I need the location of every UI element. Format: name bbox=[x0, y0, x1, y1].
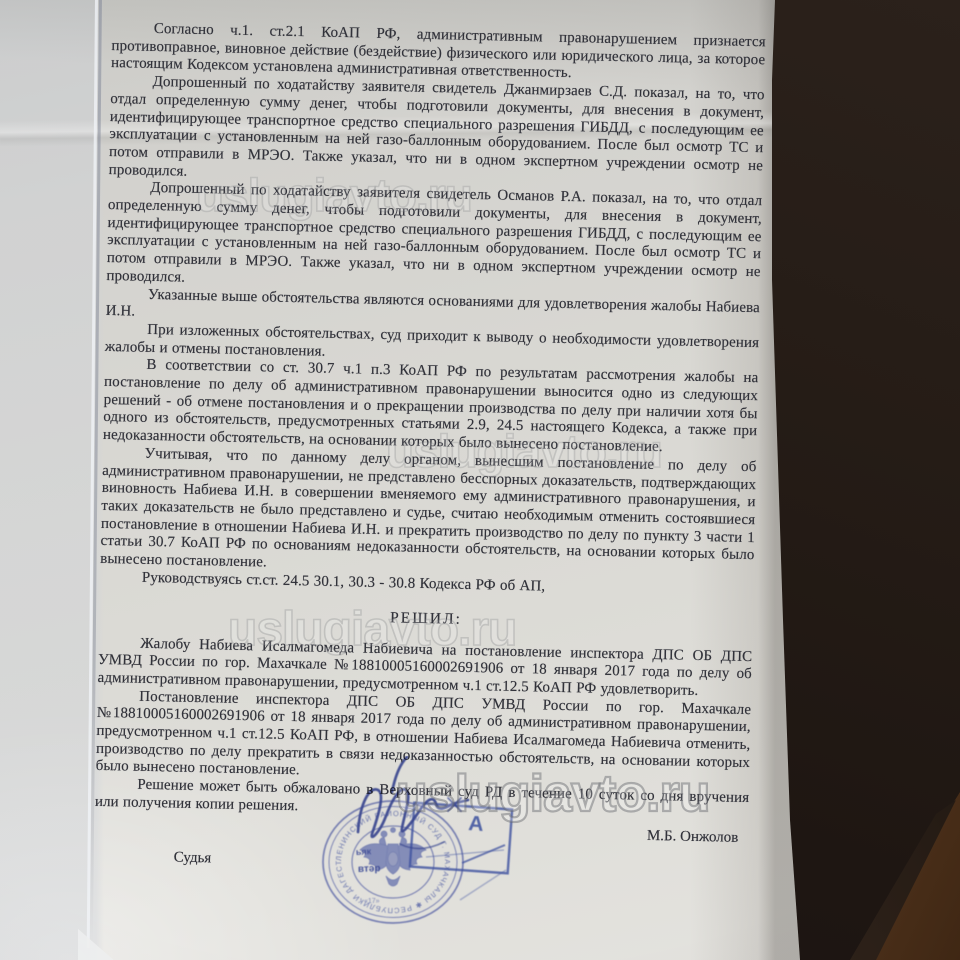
rect-stamp: А bbox=[410, 803, 512, 900]
judge-role-label: Судья bbox=[174, 850, 212, 868]
judge-name: М.Б. Онжолов bbox=[647, 828, 739, 847]
rect-stamp-letter: А bbox=[468, 812, 485, 836]
paragraph: Допрошенный по ходатайству заявителя сви… bbox=[109, 73, 765, 193]
intro-section: Согласно ч.1. ст.2.1 КоАП РФ, администра… bbox=[100, 20, 766, 601]
court-decision-photo: Согласно ч.1. ст.2.1 КоАП РФ, администра… bbox=[0, 0, 960, 960]
seal-inner-fragment-1: ьяк bbox=[356, 846, 372, 857]
paragraph: Допрошенный по ходатайству заявителя сви… bbox=[106, 179, 762, 299]
eagle-emblem bbox=[360, 828, 426, 886]
resolution-heading: РЕШИЛ: bbox=[99, 602, 753, 634]
paragraph: Учитывая, что по данному делу органом, в… bbox=[100, 445, 757, 583]
seal-inner-mark: «17» bbox=[364, 898, 380, 905]
seal-inner-fragment-2: втәр bbox=[358, 863, 381, 875]
court-seal-stamp: ЛЕНИНСКИЙ РАЙОННЫЙ СУД Г. МАХАЧКАЛЫ ✱ РЕ… bbox=[300, 756, 520, 960]
paragraph: В соответствии со ст. 30.7 ч.1 п.3 КоАП … bbox=[103, 356, 759, 459]
paper-sheet: Согласно ч.1. ст.2.1 КоАП РФ, администра… bbox=[0, 0, 960, 960]
